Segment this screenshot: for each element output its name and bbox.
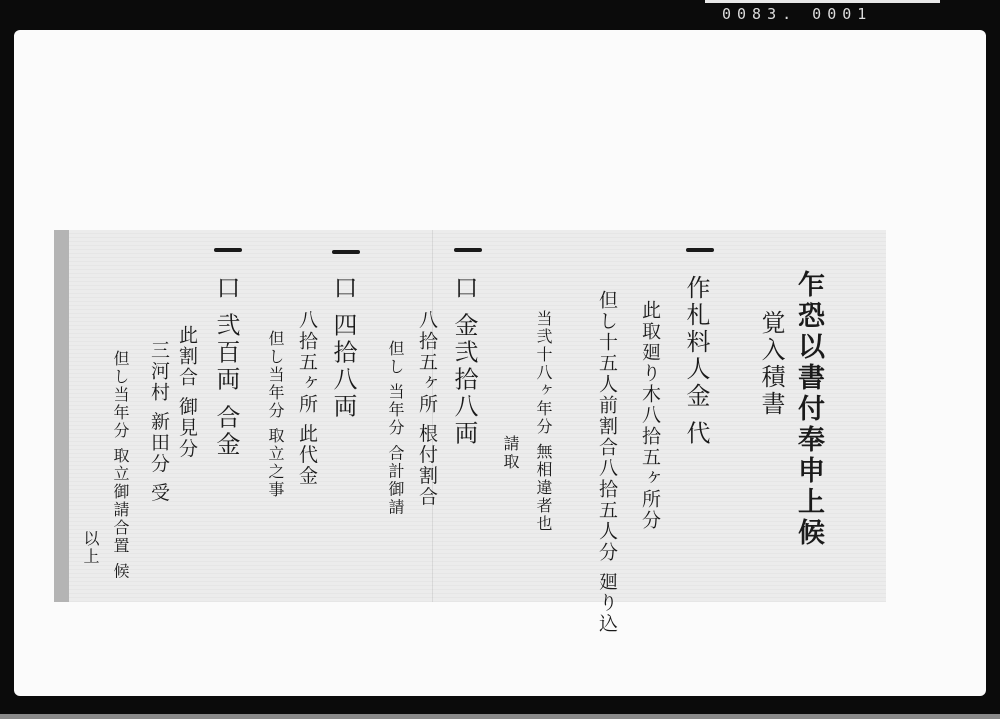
item-2-line-2: 八拾五ヶ所 根付割合 bbox=[414, 310, 441, 507]
item-1-line-3: 但し十五人前割合八拾五人分 廻り込 bbox=[594, 290, 621, 634]
item-1-line-2: 此取廻り木八拾五ヶ所分 bbox=[637, 300, 664, 531]
item-3-line-2: 八拾五ヶ所 此代金 bbox=[294, 310, 321, 486]
item-3-line-1: 口 四拾八両 bbox=[326, 275, 361, 421]
frame-id-label: 0083. 0001 bbox=[722, 5, 872, 23]
scan-sheet: 乍恐以書付奉申上候 覚入積書 作札料人金 代 此取廻り木八拾五ヶ所分 但し十五人… bbox=[14, 30, 986, 696]
paper-shadow-edge bbox=[54, 230, 69, 602]
item-4-line-4: 但し当年分 取立御請合置 候 bbox=[109, 350, 132, 580]
item-bullet-4 bbox=[214, 248, 242, 252]
item-2-line-1: 口 金弐拾八両 bbox=[447, 275, 482, 448]
item-4-line-2: 此割合 御見分 bbox=[174, 325, 201, 459]
item-4-line-1: 口 弐百両 合金 bbox=[209, 275, 244, 458]
document-title: 乍恐以書付奉申上候 bbox=[789, 270, 828, 549]
item-2-line-3: 但し 当年分 合計御請 bbox=[384, 340, 407, 516]
item-1-note: 請取 bbox=[499, 435, 522, 471]
item-3-line-3: 但し当年分 取立之事 bbox=[264, 330, 287, 499]
document-paper: 乍恐以書付奉申上候 覚入積書 作札料人金 代 此取廻り木八拾五ヶ所分 但し十五人… bbox=[54, 230, 886, 602]
item-4-line-3: 三河村 新田分 受 bbox=[146, 340, 173, 503]
item-bullet-1 bbox=[686, 248, 714, 252]
item-bullet-3 bbox=[332, 250, 360, 254]
document-subtitle: 覚入積書 bbox=[754, 310, 789, 418]
film-top-strip bbox=[705, 0, 940, 3]
item-1-line-1: 作札料人金 代 bbox=[679, 275, 714, 448]
closing-mark: 以上 bbox=[79, 530, 102, 566]
item-bullet-2 bbox=[454, 248, 482, 252]
film-bottom-strip bbox=[0, 714, 1000, 719]
item-1-line-4: 当弐十八ヶ年分 無相違者也 bbox=[532, 310, 555, 533]
